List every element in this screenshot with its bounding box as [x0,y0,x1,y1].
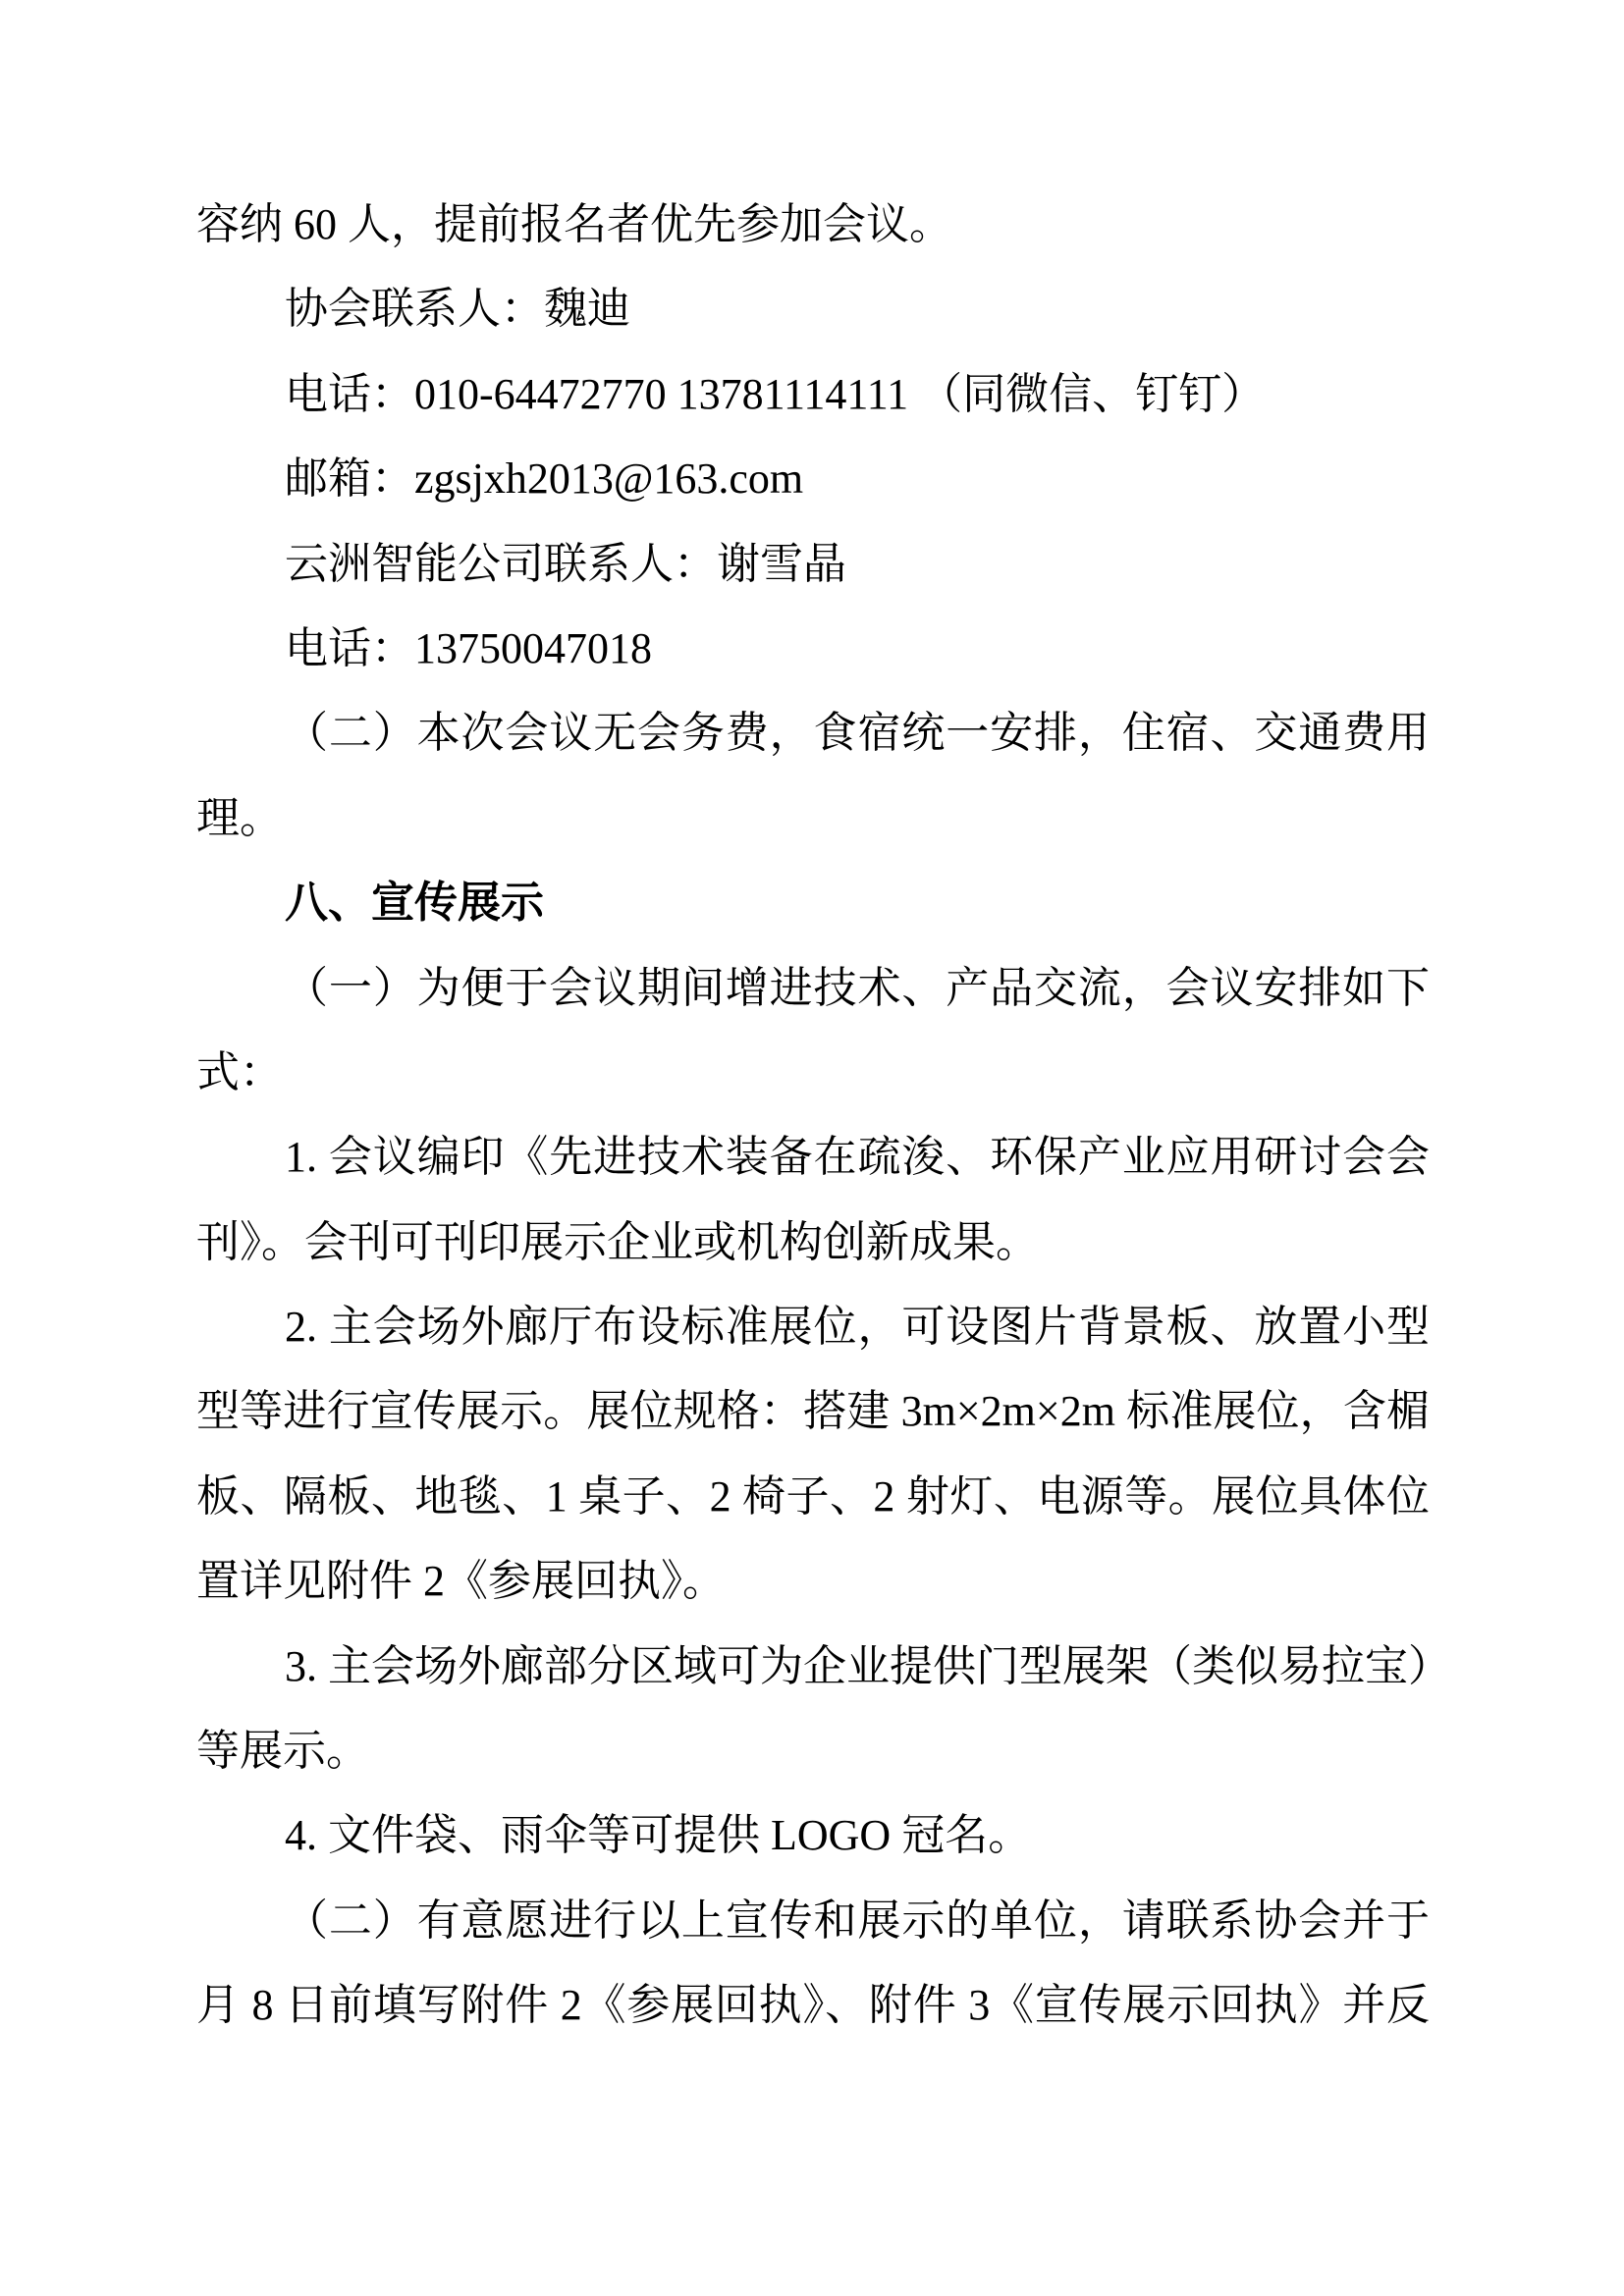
list-item-4-line: 4. 文件袋、雨伞等可提供 LOGO 冠名。 [196,1793,1430,1878]
email-line: 邮箱：zgsjxh2013@163.com [196,437,1430,521]
phone-line: 电话：010-64472770 13781114111 （同微信、钉钉） [196,352,1430,437]
list-item-3-line: 3. 主会场外廊部分区域可为企业提供门型展架（类似易拉宝） [196,1625,1430,1709]
contact-person-line: 协会联系人：魏迪 [196,267,1430,351]
text-line: （二）本次会议无会务费，食宿统一安排，住宿、交通费用自 [196,691,1430,775]
company-contact-line: 云洲智能公司联系人：谢雪晶 [196,522,1430,607]
text-line: 月 8 日前填写附件 2《参展回执》、附件 3《宣传展示回执》并反 [196,1963,1430,2048]
text-line: 板、隔板、地毯、1 桌子、2 椅子、2 射灯、电源等。展位具体位 [196,1455,1430,1539]
text-line: 等展示。 [196,1709,1430,1793]
list-item-2-line: 2. 主会场外廊厅布设标准展位，可设图片背景板、放置小型模 [196,1285,1430,1369]
text-line: 理。 [196,776,1430,861]
text-line: 刊》。会刊可刊印展示企业或机构创新成果。 [196,1201,1430,1285]
text-line: （二）有意愿进行以上宣传和展示的单位，请联系协会并于 9 [196,1879,1430,1963]
text-line: 置详见附件 2《参展回执》。 [196,1539,1430,1624]
document-page: 容纳 60 人，提前报名者优先参加会议。 协会联系人：魏迪 电话：010-644… [0,0,1624,2296]
section-heading: 八、宣传展示 [196,861,1430,945]
text-line: 容纳 60 人，提前报名者优先参加会议。 [196,183,1430,267]
list-item-1-line: 1. 会议编印《先进技术装备在疏浚、环保产业应用研讨会会 [196,1115,1430,1200]
text-line: （一）为便于会议期间增进技术、产品交流，会议安排如下形 [196,946,1430,1031]
text-line: 型等进行宣传展示。展位规格：搭建 3m×2m×2m 标准展位，含楣 [196,1369,1430,1454]
document-body: 容纳 60 人，提前报名者优先参加会议。 协会联系人：魏迪 电话：010-644… [196,183,1430,2049]
text-line: 式： [196,1031,1430,1115]
phone-line: 电话：13750047018 [196,607,1430,691]
